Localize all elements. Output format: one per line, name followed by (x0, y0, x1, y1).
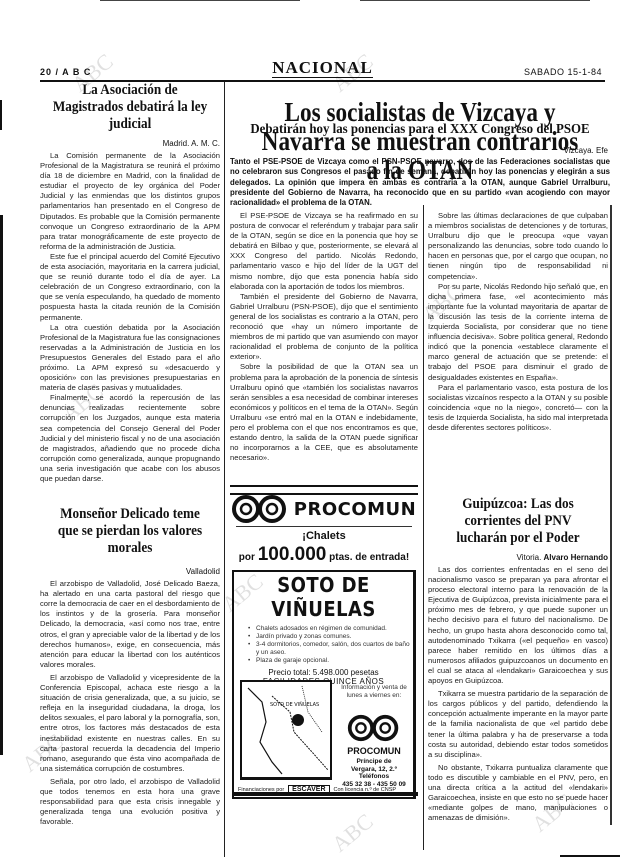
article-paragraph: Las dos corrientes enfrentadas en el sen… (428, 565, 608, 686)
main-byline: Vizcaya. Efe (564, 146, 608, 155)
procomun-advertisement: PROCOMUN ¡Chalets por 100.000 ptas. de e… (230, 493, 418, 798)
section-title: NACIONAL (40, 58, 605, 78)
byline-place: Vitoria. (517, 553, 542, 562)
article-paragraph: El arzobispo de Valladolid y vicepreside… (40, 673, 220, 774)
ad-brand-name: PROCOMUN (294, 499, 416, 520)
article-byline: Vitoria. Alvaro Hernando (428, 553, 608, 562)
ad-feature: 3-4 dormitorios, comedor, salón, dos cua… (248, 641, 413, 657)
ad-address: Príncipe de Vergara, 12, 2.º Teléfonos 4… (334, 758, 414, 788)
article-paragraph: También el presidente del Gobierno de Na… (230, 292, 418, 363)
ad-price-prefix: por (239, 552, 255, 563)
scan-edge-line (360, 0, 590, 1)
article-paragraph: Señala, por otro lado, el arzobispo de V… (40, 777, 220, 827)
article-paragraph: Sobre la posibilidad de que la OTAN sea … (230, 362, 418, 463)
ad-price-amount: 100.000 (258, 544, 327, 565)
article-paragraph: El arzobispo de Valladolid, José Delicad… (40, 579, 220, 670)
article-headline: La Asociación de Magistrados debatirá la… (51, 82, 209, 133)
ad-tagline: ¡Chalets (230, 530, 418, 542)
main-lead-paragraph: Tanto el PSE-PSOE de Vizcaya como el PSN… (230, 157, 610, 208)
ad-location-map: SOTO DE VIÑUELAS (240, 680, 332, 780)
main-article-column-1: El PSE-PSOE de Vizcaya se ha reafirmado … (230, 211, 418, 463)
article-byline: Madrid. A. M. C. (40, 139, 220, 148)
article-paragraph: Este fue el principal acuerdo del Comité… (40, 252, 220, 323)
map-roads-icon: SOTO DE VIÑUELAS (242, 682, 330, 777)
article-headline: Guipúzcoa: Las dos corrientes del PNV lu… (439, 496, 597, 547)
article-paragraph: Para el parlamentario vasco, esta postur… (428, 383, 608, 433)
article-paragraph: Sobre las últimas declaraciones de que c… (428, 211, 608, 282)
scan-edge-shadow (610, 205, 612, 825)
abc-watermark: ABC (327, 48, 378, 97)
main-subheadline: Debatirán hoy las ponencias para el XXX … (245, 122, 595, 138)
article-paragraph: La otra cuestión debatida por la Asociac… (40, 323, 220, 394)
article-paragraph: No obstante, Txikarra puntualiza clarame… (428, 763, 608, 824)
ad-feature-list: Chalets adosados en régimen de comunidad… (248, 625, 413, 665)
scan-edge-line (100, 0, 300, 1)
scan-edge-shadow (0, 215, 3, 755)
ad-address-line: Vergara, 12, 2.º (334, 766, 414, 774)
ad-info-text: Información y venta de lunes a viernes e… (334, 684, 414, 700)
page-bottom-rule (560, 855, 620, 857)
ad-project-name: SOTO DE VIÑUELAS (243, 572, 404, 621)
column-divider (224, 82, 225, 857)
ad-address-line: Príncipe de (334, 758, 414, 766)
ad-feature: Plaza de garaje opcional. (248, 657, 413, 665)
ad-rule (236, 526, 412, 527)
article-paragraph: Txikarra se muestra partidario de la sep… (428, 689, 608, 760)
ad-brand-name-small: PROCOMUN (334, 746, 414, 756)
main-article-column-2: Sobre las últimas declaraciones de que c… (428, 211, 608, 433)
scan-edge-shadow (0, 100, 2, 130)
article-magistrados: La Asociación de Magistrados debatirá la… (40, 82, 220, 484)
ad-address-line: Teléfonos (334, 773, 414, 781)
ad-price-line: por 100.000 ptas. de entrada! (230, 544, 418, 566)
article-guipuzcoa: Guipúzcoa: Las dos corrientes del PNV lu… (428, 496, 608, 823)
ad-feature: Chalets adosados en régimen de comunidad… (248, 625, 413, 633)
article-delicado: Monseñor Delicado teme que se pierdan lo… (40, 506, 220, 827)
procomun-logo-icon (232, 494, 288, 524)
byline-author: Alvaro Hernando (544, 553, 608, 562)
newspaper-page: 20 / A B C NACIONAL SABADO 15-1-84 La As… (0, 0, 620, 860)
page-header: 20 / A B C NACIONAL SABADO 15-1-84 (40, 58, 605, 82)
issue-date: SABADO 15-1-84 (524, 67, 602, 77)
abc-watermark: ABC (327, 808, 378, 857)
left-column: La Asociación de Magistrados debatirá la… (40, 82, 220, 827)
article-paragraph: El PSE-PSOE de Vizcaya se ha reafirmado … (230, 211, 418, 292)
article-paragraph: La Comisión permanente de la Asociación … (40, 151, 220, 252)
article-headline: Monseñor Delicado teme que se pierdan lo… (51, 506, 209, 557)
ad-feature: Jardín privado y zonas comunes. (248, 633, 413, 641)
ad-project-box: SOTO DE VIÑUELAS Chalets adosados en rég… (232, 570, 416, 799)
ad-total-price: Precio total: 5.498.000 pesetas (234, 668, 413, 677)
procomun-logo-icon (346, 714, 402, 742)
ad-bottom-rule (232, 792, 418, 796)
ad-logo-row: PROCOMUN (230, 493, 418, 525)
article-byline: Valladolid (40, 567, 220, 576)
ad-price-suffix: ptas. de entrada! (329, 552, 409, 563)
map-label: SOTO DE VIÑUELAS (270, 701, 319, 708)
